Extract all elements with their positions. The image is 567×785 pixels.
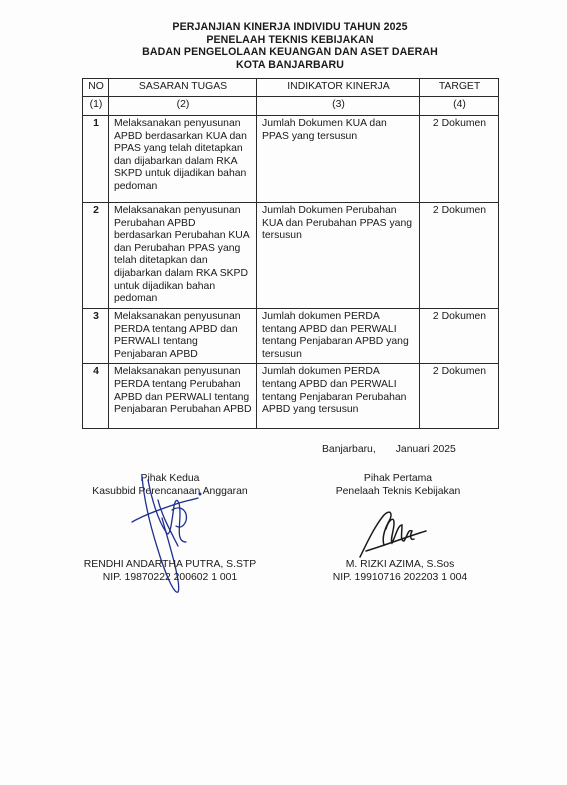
second-party-name: RENDHI ANDARTHA PUTRA, S.STP [72,559,268,572]
second-party-nip: NIP. 19870222 200602 1 001 [72,572,268,585]
document-title: PERJANJIAN KINERJA INDIVIDU TAHUN 2025 P… [0,21,567,71]
header-indikator-kinerja: INDIKATOR KINERJA [257,79,420,97]
column-number: (3) [257,97,420,116]
target-cell: 2 Dokumen [420,116,499,203]
target-cell: 2 Dokumen [420,364,499,429]
column-number: (1) [83,97,109,116]
performance-table: NO SASARAN TUGAS INDIKATOR KINERJA TARGE… [82,78,499,429]
first-party-heading: Pihak Pertama Penelaah Teknis Kebijakan [318,473,478,498]
title-line-3: BADAN PENGELOLAAN KEUANGAN DAN ASET DAER… [0,46,567,59]
column-number-row: (1) (2) (3) (4) [83,97,499,116]
header-no: NO [83,79,109,97]
first-party-name: M. RIZKI AZIMA, S.Sos [315,559,485,572]
date: Januari 2025 [396,444,456,455]
title-line-1: PERJANJIAN KINERJA INDIVIDU TAHUN 2025 [0,21,567,34]
indikator-cell: Jumlah Dokumen KUA dan PPAS yang tersusu… [257,116,420,203]
place-and-date: Banjarbaru,Januari 2025 [322,444,456,455]
sasaran-cell: Melaksanakan penyusunan PERDA tentang AP… [109,309,257,364]
title-line-2: PENELAAH TEKNIS KEBIJAKAN [0,34,567,47]
table-row: 2 Melaksanakan penyusunan Perubahan APBD… [83,203,499,309]
first-party-signature [356,505,431,560]
row-number: 4 [83,364,109,429]
table-row: 3 Melaksanakan penyusunan PERDA tentang … [83,309,499,364]
first-party-identity: M. RIZKI AZIMA, S.Sos NIP. 19910716 2022… [315,559,485,584]
sasaran-cell: Melaksanakan penyusunan Perubahan APBD b… [109,203,257,309]
document-page: PERJANJIAN KINERJA INDIVIDU TAHUN 2025 P… [0,0,567,785]
second-party-identity: RENDHI ANDARTHA PUTRA, S.STP NIP. 198702… [72,559,268,584]
title-line-4: KOTA BANJARBARU [0,59,567,72]
row-number: 1 [83,116,109,203]
target-cell: 2 Dokumen [420,203,499,309]
row-number: 2 [83,203,109,309]
table-row: 4 Melaksanakan penyusunan PERDA tentang … [83,364,499,429]
table-row: 1 Melaksanakan penyusunan APBD berdasark… [83,116,499,203]
place: Banjarbaru, [322,444,376,455]
header-sasaran-tugas: SASARAN TUGAS [109,79,257,97]
sasaran-cell: Melaksanakan penyusunan APBD berdasarkan… [109,116,257,203]
row-number: 3 [83,309,109,364]
first-party-nip: NIP. 19910716 202203 1 004 [315,572,485,585]
sasaran-cell: Melaksanakan penyusunan PERDA tentang Pe… [109,364,257,429]
header-target: TARGET [420,79,499,97]
first-party-label: Pihak Pertama [318,473,478,486]
column-number: (2) [109,97,257,116]
table-header-row: NO SASARAN TUGAS INDIKATOR KINERJA TARGE… [83,79,499,97]
indikator-cell: Jumlah dokumen PERDA tentang APBD dan PE… [257,309,420,364]
indikator-cell: Jumlah dokumen PERDA tentang APBD dan PE… [257,364,420,429]
indikator-cell: Jumlah Dokumen Perubahan KUA dan Perubah… [257,203,420,309]
first-party-position: Penelaah Teknis Kebijakan [318,486,478,499]
target-cell: 2 Dokumen [420,309,499,364]
column-number: (4) [420,97,499,116]
